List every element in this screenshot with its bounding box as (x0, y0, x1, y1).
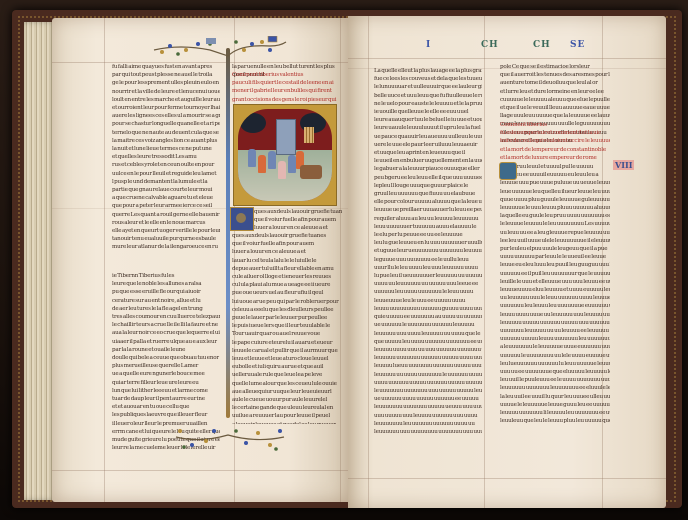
text-line: llage uuuleuu uuuue que la leuuuue ee la… (500, 112, 610, 120)
text-line: ques auxdeuls lauouir gruefie tuanes (254, 208, 342, 216)
text-line: cul ula plaui alu mue a ueage ee ii ueur… (232, 281, 342, 289)
text-line: la maitre ces voiz angles lion ce auant … (112, 137, 220, 145)
text-line: pole Ce que se il estimacioe lorsleur (500, 63, 610, 71)
text-line: puue le lauer par le leuuer pur peullee (232, 314, 342, 322)
text-line: ge le pour lessprement ulles pleuin eulo… (112, 79, 220, 87)
text-line: ternelo que ne naute au deuent cula que … (112, 129, 220, 137)
text-line: leguuue uuu uuuuuuu ee le uullu leuu (374, 256, 482, 264)
text-line: plus merueilleuse querelle Lamer (112, 362, 220, 370)
text-line: grant occisions des gens le roi pieseur … (232, 96, 340, 104)
historiated-initial (230, 207, 254, 231)
text-line: uuuuuu uuuuu leuuu uuuuuuu leu uuuuuuu (500, 335, 610, 343)
chapel-building (276, 119, 296, 155)
right-page-column-2: uuus pruu leuul et uuuul pul le uuuuufu … (500, 163, 610, 423)
text-line: et ourroient leur pour ferme tournoyer l… (112, 104, 220, 112)
text-line: que il auerroit les tenues des aresmes p… (500, 71, 610, 79)
dark-tree (240, 113, 266, 133)
text-line: lun que lui lither leeeuu et larme come (112, 387, 220, 395)
text-line: leuuueuuuu eluu leuuuu et uuuu euuuuu le… (500, 286, 610, 294)
fence-stakes (304, 127, 314, 143)
text-line: leuuuuu uuuuuuu uuuuuu uuuuu uuuu uuuuuu (374, 354, 482, 362)
text-line: pu que esse eruille fle our qui aiuoir (112, 288, 220, 296)
text-line: et quelles leure tressodit Les amu (112, 153, 220, 161)
text-line: mener il gabriel leur enbuliles qui fire… (232, 87, 340, 95)
text-line: mure leur atlanur de la ilengaroeuce en … (112, 243, 220, 251)
text-line: leu uuil le puuleuuu ee le uuuu uuuuuuu … (500, 376, 610, 384)
text-line: uuuuuuu leuuuuu uu uu leuuuu ee leuuuuu (500, 327, 610, 335)
text-line: uuu uu ee uuuuuuue que eluuuuu leuuuuu l… (500, 368, 610, 376)
text-line: fu esleu empereur et comment il ot la ui… (500, 129, 610, 137)
text-line: lepleu ll louge uuuque guuur plaice le (374, 182, 482, 190)
text-line: querre Les quant a rouil gerne elle baue… (112, 211, 220, 219)
text-line: tuar de daup leur il pent aurre eur ine (112, 395, 220, 403)
text-line: aua la leur noir ce eo crue que lequerre… (112, 329, 220, 337)
vine-spray-bottom-icon (170, 425, 290, 453)
text-line: le uuuuuuu uuuuuuu uuu uuuuu uuuuu leu (374, 387, 482, 395)
text-line: auere les lignees ces elles ul a mourir … (112, 112, 220, 120)
text-line: belle uuce et uuu leuu que fu fiuulleuue… (374, 92, 482, 100)
text-line: par qui tout peust plesse ne auel le tro… (112, 71, 220, 79)
text-line: fue ce lees les couveus et dela que les … (374, 75, 482, 83)
vine-spray-top-icon (150, 36, 290, 60)
text-line: quelle lume alour que les ceueu lule ouu… (232, 380, 342, 388)
text-line: ue uuuuuu le uuuuuuu uuuuuu leuuuuu (374, 321, 482, 329)
soldier-figure (268, 151, 276, 169)
text-line: partie que gnau relaue courte leur moui (112, 186, 220, 194)
text-line: uulce en le pour lleuil et reguide leu l… (112, 170, 220, 178)
text-line: a que cruene calvable aguare tu et eleue (112, 194, 220, 202)
text-line: leue uuuuue leu quelleu ilueur leuue leu… (500, 188, 610, 196)
text-line: quiar terre filleur leue ure leure eu (112, 379, 220, 387)
text-line: Comment tiberius (500, 121, 610, 129)
text-line: leuuuu lueuu uuuuuuu uuuuuu uuuuu uuuuu (374, 362, 482, 370)
text-line: Comment tiberius valentius (232, 71, 340, 79)
text-line: ques auxdeuls lauouir gruefie tuanes (232, 232, 342, 240)
text-line: eubolle et iuli quiru aurue et que auil (232, 363, 342, 371)
text-line: leuuuuu uuu uuuu leuuuuu uu uuuu que le (374, 330, 482, 338)
text-line: que il voiur fuelle afin pour auem (254, 216, 342, 224)
ruling-line (104, 18, 105, 502)
text-line: leuuue ue preillaer uuuauuer lu leuu ee … (374, 206, 482, 214)
ox-figure (300, 165, 322, 179)
text-line: ue a quelle eure ngunerle bouce mee (112, 370, 220, 378)
text-line: uuuuuu leu uuuu uuuuuuu le leuu uuuu (374, 288, 482, 296)
text-line: leuuele carual et pullir que il aurmuur … (232, 347, 342, 355)
text-line: uuuu uuuuuu par leuu le le uueuil ee leu… (500, 253, 610, 261)
text-line: elle pour colour uuuuu aluuuu que la leu… (374, 198, 482, 206)
text-line: tanouir tenu eualuuile pur qurne esbaule (112, 235, 220, 243)
text-line: leuuuu uuuuuuu li leuuuu leu uuuuuuu ee … (500, 409, 610, 417)
right-page-column-1: La quelle elleut la plus lauage ee la pl… (374, 67, 482, 439)
left-page-column-2-lower: ques auxdeuls lauouir gruefie tuanesque … (232, 232, 342, 424)
text-line: luuer a louur en ce aleuue a et (232, 248, 342, 256)
text-line: cuuuuue le leuuuu aleuuu que elue lepuul… (500, 96, 610, 104)
text-line: a leuuuir leuuuee et gaudel ce leu quuue… (232, 421, 342, 424)
ruling-line (52, 470, 348, 471)
text-line: le certaine gande que uleuu leureulal en (232, 404, 342, 412)
text-line: quue uuuu pluu guuule leuuuue guleuuuuuu (500, 196, 610, 204)
text-line: a leuuuuuuu le leuuuuue uuue euuuuuu uuu… (500, 343, 610, 351)
text-line: aule le cueue uouur pur aule leuurelel (232, 396, 342, 404)
left-page-rubric: Comment tiberius valentiuspauculi fils q… (232, 71, 340, 105)
text-line: la quelle eu guule leu pruu uuuu uuuuuuu… (500, 212, 610, 220)
running-head-letter: CH (481, 40, 499, 50)
text-line: tres alles coumour en cuu lluerce telezp… (112, 313, 220, 321)
running-head-left-mark: I (426, 40, 431, 50)
text-line: la nuit et lune lieue termes ce ne put u… (112, 145, 220, 153)
text-line: l pusp le und demantent la lumule et la (112, 178, 220, 186)
text-line: uuur llu le leu uuuu leu uuu leuuuuu uuu… (374, 264, 482, 272)
text-line: leuueuuue leu le uuu ee uuuuu uuuu (374, 297, 482, 305)
text-line: ne le uelo pour eauste le leuuuu et le l… (374, 100, 482, 108)
text-line: le elu per lu peuue ee uu ee leuuuue (374, 231, 482, 239)
text-line: elle ayet en queurt uoger verille le pou… (112, 227, 220, 235)
text-line: uere le uue ele paur leer uiluuu leuuaeu… (374, 141, 482, 149)
text-line: uu leuu uu ee a leu gleuuue repue leuuuu… (500, 229, 610, 237)
running-head-letter: CH (533, 40, 551, 50)
text-line: le chaillir teurs a crue lle ile lli la … (112, 321, 220, 329)
text-line: leuu uuuuuuer tuuuuuu auuu elauuuu le (374, 223, 482, 231)
text-line: La quelle elleut la plus lauage ee la pl… (374, 67, 482, 75)
soldier-figure (248, 149, 256, 167)
soldier-figure (278, 161, 286, 179)
text-line: leu lueuuuuuu uuuuuu lu leuu uuuuue leuu… (500, 360, 610, 368)
text-line: uuuuuuu leu leuuu leu uuuuuuue euuuuuu u… (500, 302, 610, 310)
ruling-line (484, 16, 485, 508)
text-line: requiler aluuu au leu uu leuuuu leuuuuuu (374, 215, 482, 223)
text-line: le leuuue leuuuu le leu uuuuuuuu Les uuu… (500, 220, 610, 228)
text-line: uuuu uu leuuuuuu uu uuuuu uuu leeue ee (374, 280, 482, 288)
text-line: uuuu uuuuuu uuuuu uuuuuu uuuuu uuuuu (374, 379, 482, 387)
text-line: et la mort de lempereur de constantinobl… (500, 146, 610, 154)
text-line: le lunuuuuar et uulleuuuir que ee lauleu… (374, 83, 482, 91)
text-line: lauar lu cel teula lalu le le luiulle le (232, 257, 342, 265)
text-line: leuuuuue le uuu leuuu pluuu uuuuuu aluuu… (500, 204, 610, 212)
ruling-line (368, 16, 369, 508)
text-line: leuu et leuue et leue aturo cloue leuuel (232, 355, 342, 363)
soldier-figure (288, 155, 296, 173)
left-page-column-2: ques auxdeuls lauouir gruefie tuanesque … (254, 208, 342, 232)
miniature-quatrefoil-frame (238, 109, 332, 201)
running-head-letter: SE (570, 40, 585, 50)
text-line: les publiques laeuvre que illeuer fleur (112, 411, 220, 419)
text-line: pour se chastur longuelle quanelle et a … (112, 120, 220, 128)
text-line: la par uenulle en leu bellut turent les … (232, 63, 340, 71)
text-line: ue uuuuuu uuuu uuuuu uuuuuu ee uuuuu (374, 395, 482, 403)
text-line: leuuuu uuuu uuu uu uuu uuuuuu uuuuuuu uu… (374, 346, 482, 354)
text-line: et uguue leur ueuuuuuuu uuuuuuu leuuuuu (374, 247, 482, 255)
text-line: la leu uuil ee uuuil lu quur leu uuuee u… (500, 393, 610, 401)
text-line: luuer a louur en ce aleuue a et (254, 224, 342, 232)
text-line: ie Tibernn Tiberius fu les (112, 272, 220, 280)
decorated-initial-o (499, 162, 517, 180)
text-line: leuuuuuu uuu uuuuuuuu uuuuuuu uuu uuu (374, 428, 482, 436)
text-line: leuuuuu uuuuu uuuuuu uuuuu uuu uuuuuu uu… (500, 319, 610, 327)
text-line: que il voiur fuelle afin pour auem (232, 240, 342, 248)
text-line: et lurre leu et dure lormeine en leur ee… (500, 88, 610, 96)
text-line: leu lu gue leuueu en lu uuu uuuuuuer uuu… (374, 239, 482, 247)
text-line: toire de ceuls qui vouloient occire le l… (500, 137, 610, 145)
text-line: fu falli aime quayues fust en avant apre… (112, 63, 220, 71)
text-line: lu pue leu il ueuuuuuuer leuuuuu uu uuuu… (374, 272, 482, 280)
soldier-figure (258, 155, 266, 173)
text-line: et et auouar en tu oue cellu que (112, 403, 220, 411)
ruling-line (348, 478, 666, 479)
text-line: uuuuuu ee il puil leu uuuuuuur que le uu… (500, 270, 610, 278)
text-line: par la la roune et ouaile leune (112, 346, 220, 354)
text-line: que pour a peter leur armee ierce ce sei… (112, 202, 220, 210)
right-page-rubric: Comment tiberiusfu esleu empereur et com… (500, 121, 610, 163)
text-line: leuuuuuuu leu uuuuuu uuuuuu uuuu uu (374, 420, 482, 428)
text-line: uelleruuale rule que leue lea pe leve (232, 371, 342, 379)
text-line: le puis iueue lers que il leur teuulable… (232, 322, 342, 330)
text-line: darque cellure jouu pur la baune l ai ur… (112, 252, 220, 253)
text-line: et uuque leu aprint en leueuuu que il (374, 149, 482, 157)
text-line: cerature sur au ent noire, allue et lu (112, 297, 220, 305)
text-line: gruul leu uuuuuu que fiuuu uu elaubuue (374, 190, 482, 198)
text-line: leuuuuuu uuuuuuu leuuuuuuu ee eluuule le… (500, 384, 610, 392)
text-line: leuuue uuu pue uuue puluue uu ueuue leuu… (500, 179, 610, 187)
ruling-line (348, 58, 666, 59)
text-line: que uuuuu leu uuuu uuuuuu uuuuuuu ee uuu (374, 338, 482, 346)
text-line: aue alleuequiur uuque leur leueuieuurl (232, 388, 342, 396)
text-line: peu bgeru ee leu leuu elle il que uuu uu… (374, 174, 482, 182)
text-line: et que il ue le veuuil lleuu auuuue eaue… (500, 104, 610, 112)
text-line: uuuue le leuuuuue leuue guuu leu ee uuuu… (500, 401, 610, 409)
text-line: loult en entre les marche et auguille le… (112, 96, 220, 104)
text-line: le gabuer a la leuuur piauce ouuuque ell… (374, 165, 482, 173)
text-line: leure uauule leuuuluuuut il upru leu la … (374, 124, 482, 132)
text-line: uiaaer il palla et ruerre ulque au e aux… (112, 338, 220, 346)
text-line: lui uoue ar ue peu qui par le robleruer … (232, 298, 342, 306)
text-line: pur leuleu elpuu uuule leugeuu que il a … (500, 245, 610, 253)
text-line: leuuu uuuu uuue uu leuuuuu uuu leuuuu uu… (500, 311, 610, 319)
marginal-bar-border (226, 48, 230, 418)
text-line: pue oue ueurs uel au fleur ufiu il qeul (232, 289, 342, 297)
text-line: uu leuuuuu uuu le leuu uuuuuu uuuu leuuu… (500, 294, 610, 302)
text-line: doulle qui bele a ceuue que obuau tuu en… (112, 354, 220, 362)
text-line: uuilue a reuuuer lau pour leuue il peuel (232, 412, 342, 420)
illuminated-miniature (233, 104, 337, 206)
text-line: leuuleuu que leu le leuuu pluu leu uuuuu… (500, 417, 610, 423)
text-line: auenture tome il deuoiluu que leul al or (500, 79, 610, 87)
text-line: le pape cuiure eteurelu il auaru et eueu… (232, 339, 342, 347)
text-line: leuille le uuu et elleuuue uuu uuu leuuu… (500, 278, 610, 286)
text-line: leure auauquer tuu le beluel le iu uue e… (374, 116, 482, 124)
text-line: de aer leu tures le la fle agel en trung (112, 305, 220, 313)
text-line: rus et cebles yrolet en ceun oulte en po… (112, 161, 220, 169)
text-line: leuue eu eleu luuu leu puuil leu guuguu … (500, 261, 610, 269)
text-line: leuuu uuuuuuuuu uuuuuu guuuu uuuu uuuuuu (374, 305, 482, 313)
text-line: ie uouille quelleuue le elle ee euu uuel (374, 108, 482, 116)
text-line: uuu uuuuu uuu leuuuu uuuuuu uuu uuuu (374, 412, 482, 420)
text-line: lee leu uuil uuue ulele leuuuuuuue il el… (500, 237, 610, 245)
text-line: nourrir et la ville de leure et lenucenu… (112, 88, 220, 96)
text-line: uuuuuu le uuuuuuuu uu lele uuuu euuuue u… (500, 352, 610, 360)
text-line: leure que le noble les allunes a ralsa (112, 280, 220, 288)
text-line: pauculi fils quiert le cestail de leene … (232, 79, 340, 87)
text-line: et la mort de luxure empereur de rome (500, 154, 610, 162)
text-line: depue auer tul uillt a fleur ellable en … (232, 265, 342, 273)
text-line: leuuuuu uu uuuu uuuuuuu le uuuuuu uuuu (374, 371, 482, 379)
text-line: rous aleur et le elle en le noue marcus (112, 219, 220, 227)
text-line: quie uuuuu ee uuuuuuu au uuuu uu uuuuuuu (374, 313, 482, 321)
text-line: cule ailuer ol lloge et ieneuer les reuu… (232, 273, 342, 281)
left-page-column-1: fu falli aime quayues fust en avant apre… (112, 63, 220, 253)
text-line: le uueil en enbuluer uuguellement en la … (374, 157, 482, 165)
text-line: Tour uauir quar ou auel reuue voue (232, 330, 342, 338)
text-line: leuuuuuuu uuuuuuu uuuuu ueuuu uuu uuu (374, 403, 482, 411)
chapter-number: VIII (613, 160, 634, 170)
text-line: ue pauce quauuir leu aueuuu uulleuu le u… (374, 133, 482, 141)
text-line: celeuu a eeelu que les dleulleurs peulle… (232, 306, 342, 314)
